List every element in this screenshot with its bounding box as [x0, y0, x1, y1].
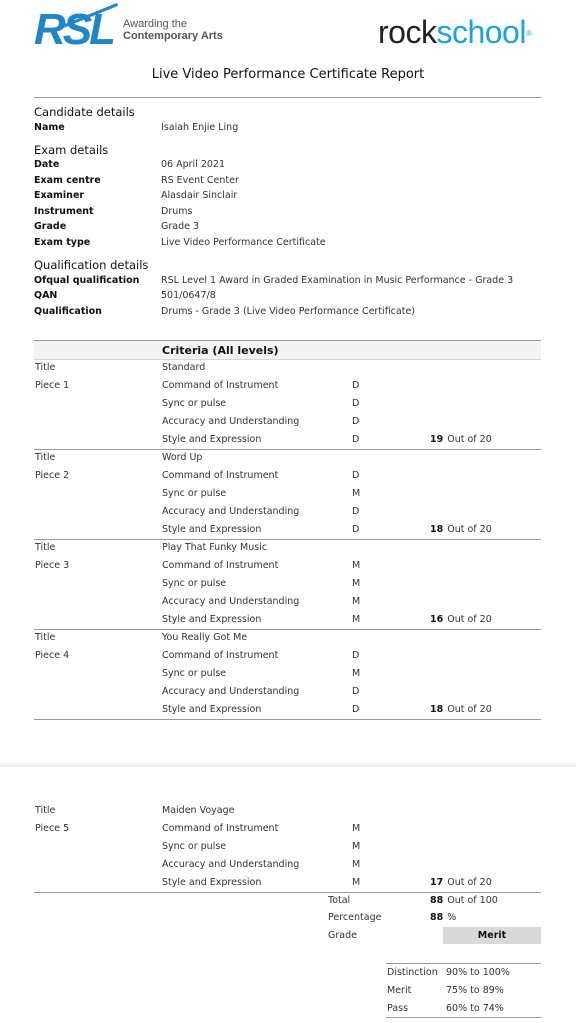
instrument-value: Drums [161, 206, 192, 217]
piece-score-value: 17 [430, 877, 443, 888]
criterion-name: Command of Instrument [162, 467, 278, 485]
criterion-name: Style and Expression [162, 874, 261, 892]
percentage-suffix: % [447, 912, 456, 923]
rsl-logo: RSL Awarding the Contemporary Arts [34, 10, 223, 50]
criterion-name: Accuracy and Understanding [162, 683, 299, 701]
criterion-name: Accuracy and Understanding [162, 413, 299, 431]
criterion-name: Style and Expression [162, 701, 261, 719]
criterion-grade: M [352, 665, 360, 683]
criterion-name: Command of Instrument [162, 820, 278, 838]
grade-band-row: Merit75% to 89% [387, 982, 537, 1000]
exam-type-value: Live Video Performance Certificate [161, 237, 326, 248]
criterion-grade: D [352, 395, 359, 413]
piece-label: Piece 5 [35, 820, 69, 838]
exam-type-label: Exam type [34, 237, 90, 248]
criterion-grade: M [352, 557, 360, 575]
percentage-number: 88 [430, 912, 443, 923]
total-value: 88Out of 100 [430, 895, 498, 906]
total-label: Total [328, 895, 350, 906]
criterion-grade: M [352, 611, 360, 629]
total-score: 88 [430, 895, 443, 906]
criterion-grade: M [352, 820, 360, 838]
criterion-grade: D [352, 503, 359, 521]
title-label: Title [35, 359, 55, 377]
title-label: Title [35, 539, 55, 557]
piece-score-value: 19 [430, 434, 443, 445]
piece-score-suffix: Out of 20 [447, 434, 492, 445]
piece-title: Maiden Voyage [162, 802, 234, 820]
criterion-name: Style and Expression [162, 431, 261, 449]
criterion-name: Sync or pulse [162, 575, 226, 593]
criterion-grade: D [352, 683, 359, 701]
piece-title: Standard [162, 359, 205, 377]
criterion-name: Accuracy and Understanding [162, 856, 299, 874]
ofqual-qualification-value: RSL Level 1 Award in Graded Examination … [161, 275, 513, 286]
registered-mark-icon: ® [526, 29, 531, 38]
piece-label: Piece 4 [35, 647, 69, 665]
criterion-name: Sync or pulse [162, 395, 226, 413]
name-label: Name [34, 122, 65, 133]
piece-score-suffix: Out of 20 [447, 877, 492, 888]
piece-block: TitleMaiden VoyagePiece 5Command of Inst… [34, 802, 541, 893]
date-value: 06 April 2021 [161, 159, 225, 170]
criterion-grade: D [352, 377, 359, 395]
page-title: Live Video Performance Certificate Repor… [0, 67, 576, 82]
criterion-name: Sync or pulse [162, 665, 226, 683]
title-label: Title [35, 449, 55, 467]
ofqual-qualification-label: Ofqual qualification [34, 275, 139, 286]
criterion-grade: D [352, 521, 359, 539]
criterion-grade: M [352, 874, 360, 892]
criterion-name: Style and Expression [162, 611, 261, 629]
qualification-label: Qualification [34, 306, 102, 317]
title-label: Title [35, 629, 55, 647]
criteria-table-header: Criteria (All levels) [34, 340, 541, 360]
grade-band-row: Pass60% to 74% [387, 1000, 537, 1018]
criterion-name: Accuracy and Understanding [162, 503, 299, 521]
qan-value: 501/0647/8 [161, 290, 216, 301]
examiner-value: Alasdair Sinclair [161, 190, 237, 201]
criterion-grade: M [352, 838, 360, 856]
grade-band-range: 90% to 100% [446, 964, 510, 982]
criterion-grade: D [352, 431, 359, 449]
piece-score-value: 18 [430, 704, 443, 715]
piece-score-suffix: Out of 20 [447, 614, 492, 625]
piece-score: 18Out of 20 [430, 521, 492, 539]
grade-band-name: Merit [387, 982, 411, 1000]
final-grade-label: Grade [328, 930, 357, 941]
grade-band-name: Pass [387, 1000, 408, 1018]
criterion-grade: M [352, 575, 360, 593]
criterion-grade: M [352, 485, 360, 503]
title-label: Title [35, 802, 55, 820]
criterion-name: Sync or pulse [162, 485, 226, 503]
piece-score: 16Out of 20 [430, 611, 492, 629]
instrument-label: Instrument [34, 206, 94, 217]
rsl-tagline-line2: Contemporary Arts [123, 30, 223, 42]
piece-block: TitleWord UpPiece 2Command of Instrument… [34, 449, 541, 540]
rsl-logo-mark: RSL [34, 10, 113, 50]
piece-title: Word Up [162, 449, 202, 467]
criteria-heading: Criteria (All levels) [162, 344, 279, 357]
percentage-value: 88% [430, 912, 456, 923]
criterion-name: Style and Expression [162, 521, 261, 539]
criterion-grade: D [352, 647, 359, 665]
total-suffix: Out of 100 [447, 895, 498, 906]
percentage-label: Percentage [328, 912, 381, 923]
grade-bands-table: Distinction90% to 100% Merit75% to 89% P… [386, 963, 541, 1018]
piece-block: TitlePlay That Funky MusicPiece 3Command… [34, 539, 541, 630]
rsl-tagline-line1: Awarding the [123, 18, 223, 30]
rockschool-logo: rockschool® [378, 12, 531, 52]
criterion-grade: M [352, 856, 360, 874]
criterion-grade: D [352, 467, 359, 485]
piece-score: 17Out of 20 [430, 874, 492, 892]
piece-score-suffix: Out of 20 [447, 704, 492, 715]
qualification-value: Drums - Grade 3 (Live Video Performance … [161, 306, 415, 317]
criterion-grade: D [352, 413, 359, 431]
qan-label: QAN [34, 290, 57, 301]
grade-band-range: 75% to 89% [446, 982, 504, 1000]
candidate-details-heading: Candidate details [34, 105, 135, 119]
criterion-name: Command of Instrument [162, 557, 278, 575]
name-value: Isaiah Enjie Ling [161, 122, 238, 133]
piece-score-suffix: Out of 20 [447, 524, 492, 535]
piece-block: TitleYou Really Got MePiece 4Command of … [34, 629, 541, 720]
piece-score: 18Out of 20 [430, 701, 492, 719]
criterion-grade: D [352, 701, 359, 719]
rockschool-logo-part1: rock [378, 14, 436, 50]
grade-value: Grade 3 [161, 221, 199, 232]
divider [34, 97, 541, 98]
qualification-details-heading: Qualification details [34, 258, 148, 272]
piece-title: Play That Funky Music [162, 539, 267, 557]
rockschool-logo-part2: school [436, 14, 526, 50]
piece-score: 19Out of 20 [430, 431, 492, 449]
grade-label: Grade [34, 221, 66, 232]
page-break [0, 763, 576, 767]
piece-title: You Really Got Me [162, 629, 247, 647]
grade-band-row: Distinction90% to 100% [387, 964, 537, 982]
criterion-grade: M [352, 593, 360, 611]
piece-label: Piece 3 [35, 557, 69, 575]
piece-score-value: 18 [430, 524, 443, 535]
piece-label: Piece 2 [35, 467, 69, 485]
exam-details-heading: Exam details [34, 143, 108, 157]
criterion-name: Command of Instrument [162, 377, 278, 395]
examiner-label: Examiner [34, 190, 84, 201]
criterion-name: Accuracy and Understanding [162, 593, 299, 611]
criterion-name: Sync or pulse [162, 838, 226, 856]
exam-centre-value: RS Event Center [161, 175, 239, 186]
rsl-tagline: Awarding the Contemporary Arts [123, 18, 223, 42]
exam-centre-label: Exam centre [34, 175, 101, 186]
grade-band-name: Distinction [387, 964, 438, 982]
final-grade-badge: Merit [443, 927, 541, 944]
date-label: Date [34, 159, 59, 170]
piece-block: TitleStandardPiece 1Command of Instrumen… [34, 359, 541, 450]
grade-band-range: 60% to 74% [446, 1000, 504, 1018]
piece-score-value: 16 [430, 614, 443, 625]
criterion-name: Command of Instrument [162, 647, 278, 665]
piece-label: Piece 1 [35, 377, 69, 395]
